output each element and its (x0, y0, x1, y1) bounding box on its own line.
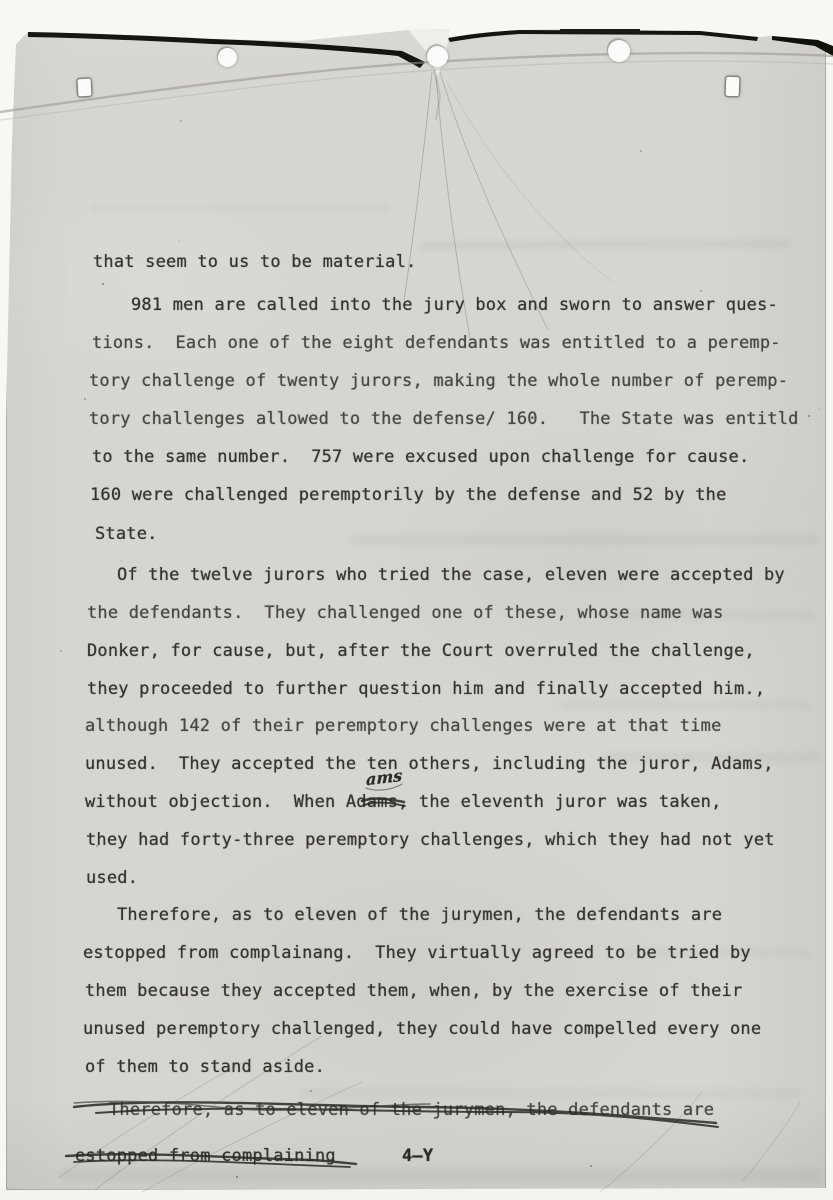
ink-smudge (560, 700, 810, 710)
typed-line: Of the twelve jurors who tried the case,… (117, 565, 785, 585)
punch-hole-torn (427, 46, 448, 67)
right-margin (826, 40, 833, 1200)
scanned-document: that seem to us to be material. 981 men … (0, 0, 833, 1200)
bottom-margin (0, 1188, 833, 1200)
binder-slot (78, 79, 92, 97)
typed-line: the defendants. They challenged one of t… (87, 603, 724, 623)
typed-line: State. (95, 524, 158, 544)
typed-line: they proceeded to further question him a… (87, 679, 765, 699)
typed-line: tory challenge of twenty jurors, making … (89, 371, 788, 391)
typed-line: unused peremptory challenged, they could… (83, 1019, 761, 1039)
typed-line: 981 men are called into the jury box and… (131, 295, 778, 315)
typed-line: tions. Each one of the eight defendants … (92, 333, 781, 353)
typed-line: without objection. When Adams, the eleve… (85, 792, 722, 812)
typed-line: that seem to us to be material. (93, 252, 416, 272)
page-number: 4—Y (402, 1146, 433, 1166)
punch-hole (218, 48, 237, 67)
typed-line: them because they accepted them, when, b… (85, 981, 742, 1001)
binder-slot (726, 77, 740, 96)
ink-smudge (60, 1168, 820, 1182)
typed-line: used. (86, 868, 138, 888)
ink-smudge (300, 1088, 800, 1099)
typed-line: Donker, for cause, but, after the Court … (87, 641, 755, 661)
typed-line: Therefore, as to eleven of the jurymen, … (117, 905, 722, 925)
punch-hole (608, 40, 630, 62)
typed-line: tory challenges allowed to the defense/ … (89, 409, 799, 429)
typed-line: they had forty-three peremptory challeng… (86, 830, 775, 850)
typed-line: estopped from complainang. They virtuall… (83, 943, 751, 963)
typed-line-struck: Therefore, as to eleven of the jurymen, … (109, 1100, 714, 1120)
ink-smudge (90, 204, 390, 212)
typed-line: to the same number. 757 were excused upo… (92, 447, 749, 467)
paper-specks (0, 0, 2, 2)
typed-line: although 142 of their peremptory challen… (85, 716, 722, 736)
ink-smudge (350, 534, 820, 545)
typed-line: 160 were challenged peremptorily by the … (90, 485, 727, 505)
typed-line: unused. They accepted the ten others, in… (85, 754, 774, 774)
typed-line-struck: estopped from complaining (75, 1146, 336, 1166)
typed-line: of them to stand aside. (85, 1057, 325, 1077)
